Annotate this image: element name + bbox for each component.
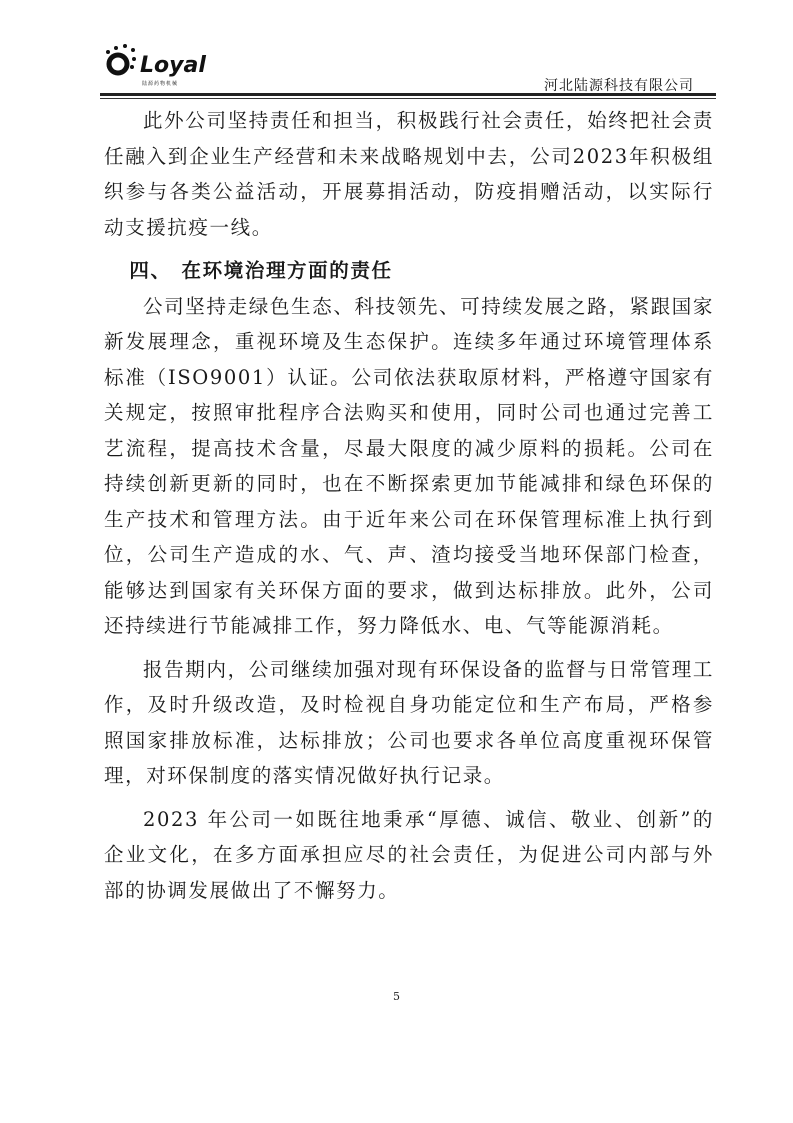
logo-subtext: 陆源药物机械 [142, 80, 178, 87]
section-heading: 四、在环境治理方面的责任 [104, 253, 714, 289]
logo-text: Loyal [140, 53, 206, 78]
company-logo: Loyal 陆源药物机械 [104, 40, 224, 90]
paragraph-environment: 公司坚持走绿色生态、科技领先、可持续发展之路，紧跟国家新发展理念，重视环境及生态… [104, 289, 714, 644]
page-header: Loyal 陆源药物机械 河北陆源科技有限公司 [104, 18, 712, 98]
paragraph-social-responsibility: 此外公司坚持责任和担当，积极践行社会责任，始终把社会责任融入到企业生产经营和未来… [104, 103, 714, 245]
paragraph-reporting-period: 报告期内，公司继续加强对现有环保设备的监督与日常管理工作，及时升级改造，及时检视… [104, 652, 714, 794]
section-number: 四、 [129, 259, 171, 282]
header-rule-thin [100, 98, 716, 99]
document-body: 此外公司坚持责任和担当，积极践行社会责任，始终把社会责任融入到企业生产经营和未来… [104, 103, 714, 908]
company-name: 河北陆源科技有限公司 [544, 75, 694, 95]
header-rule-thick [100, 93, 716, 96]
paragraph-conclusion: 2023 年公司一如既往地秉承“厚德、诚信、敬业、创新”的企业文化，在多方面承担… [104, 802, 714, 909]
page-number: 5 [393, 990, 400, 1003]
section-title: 在环境治理方面的责任 [182, 259, 393, 282]
logo-sunburst-icon [104, 40, 144, 80]
